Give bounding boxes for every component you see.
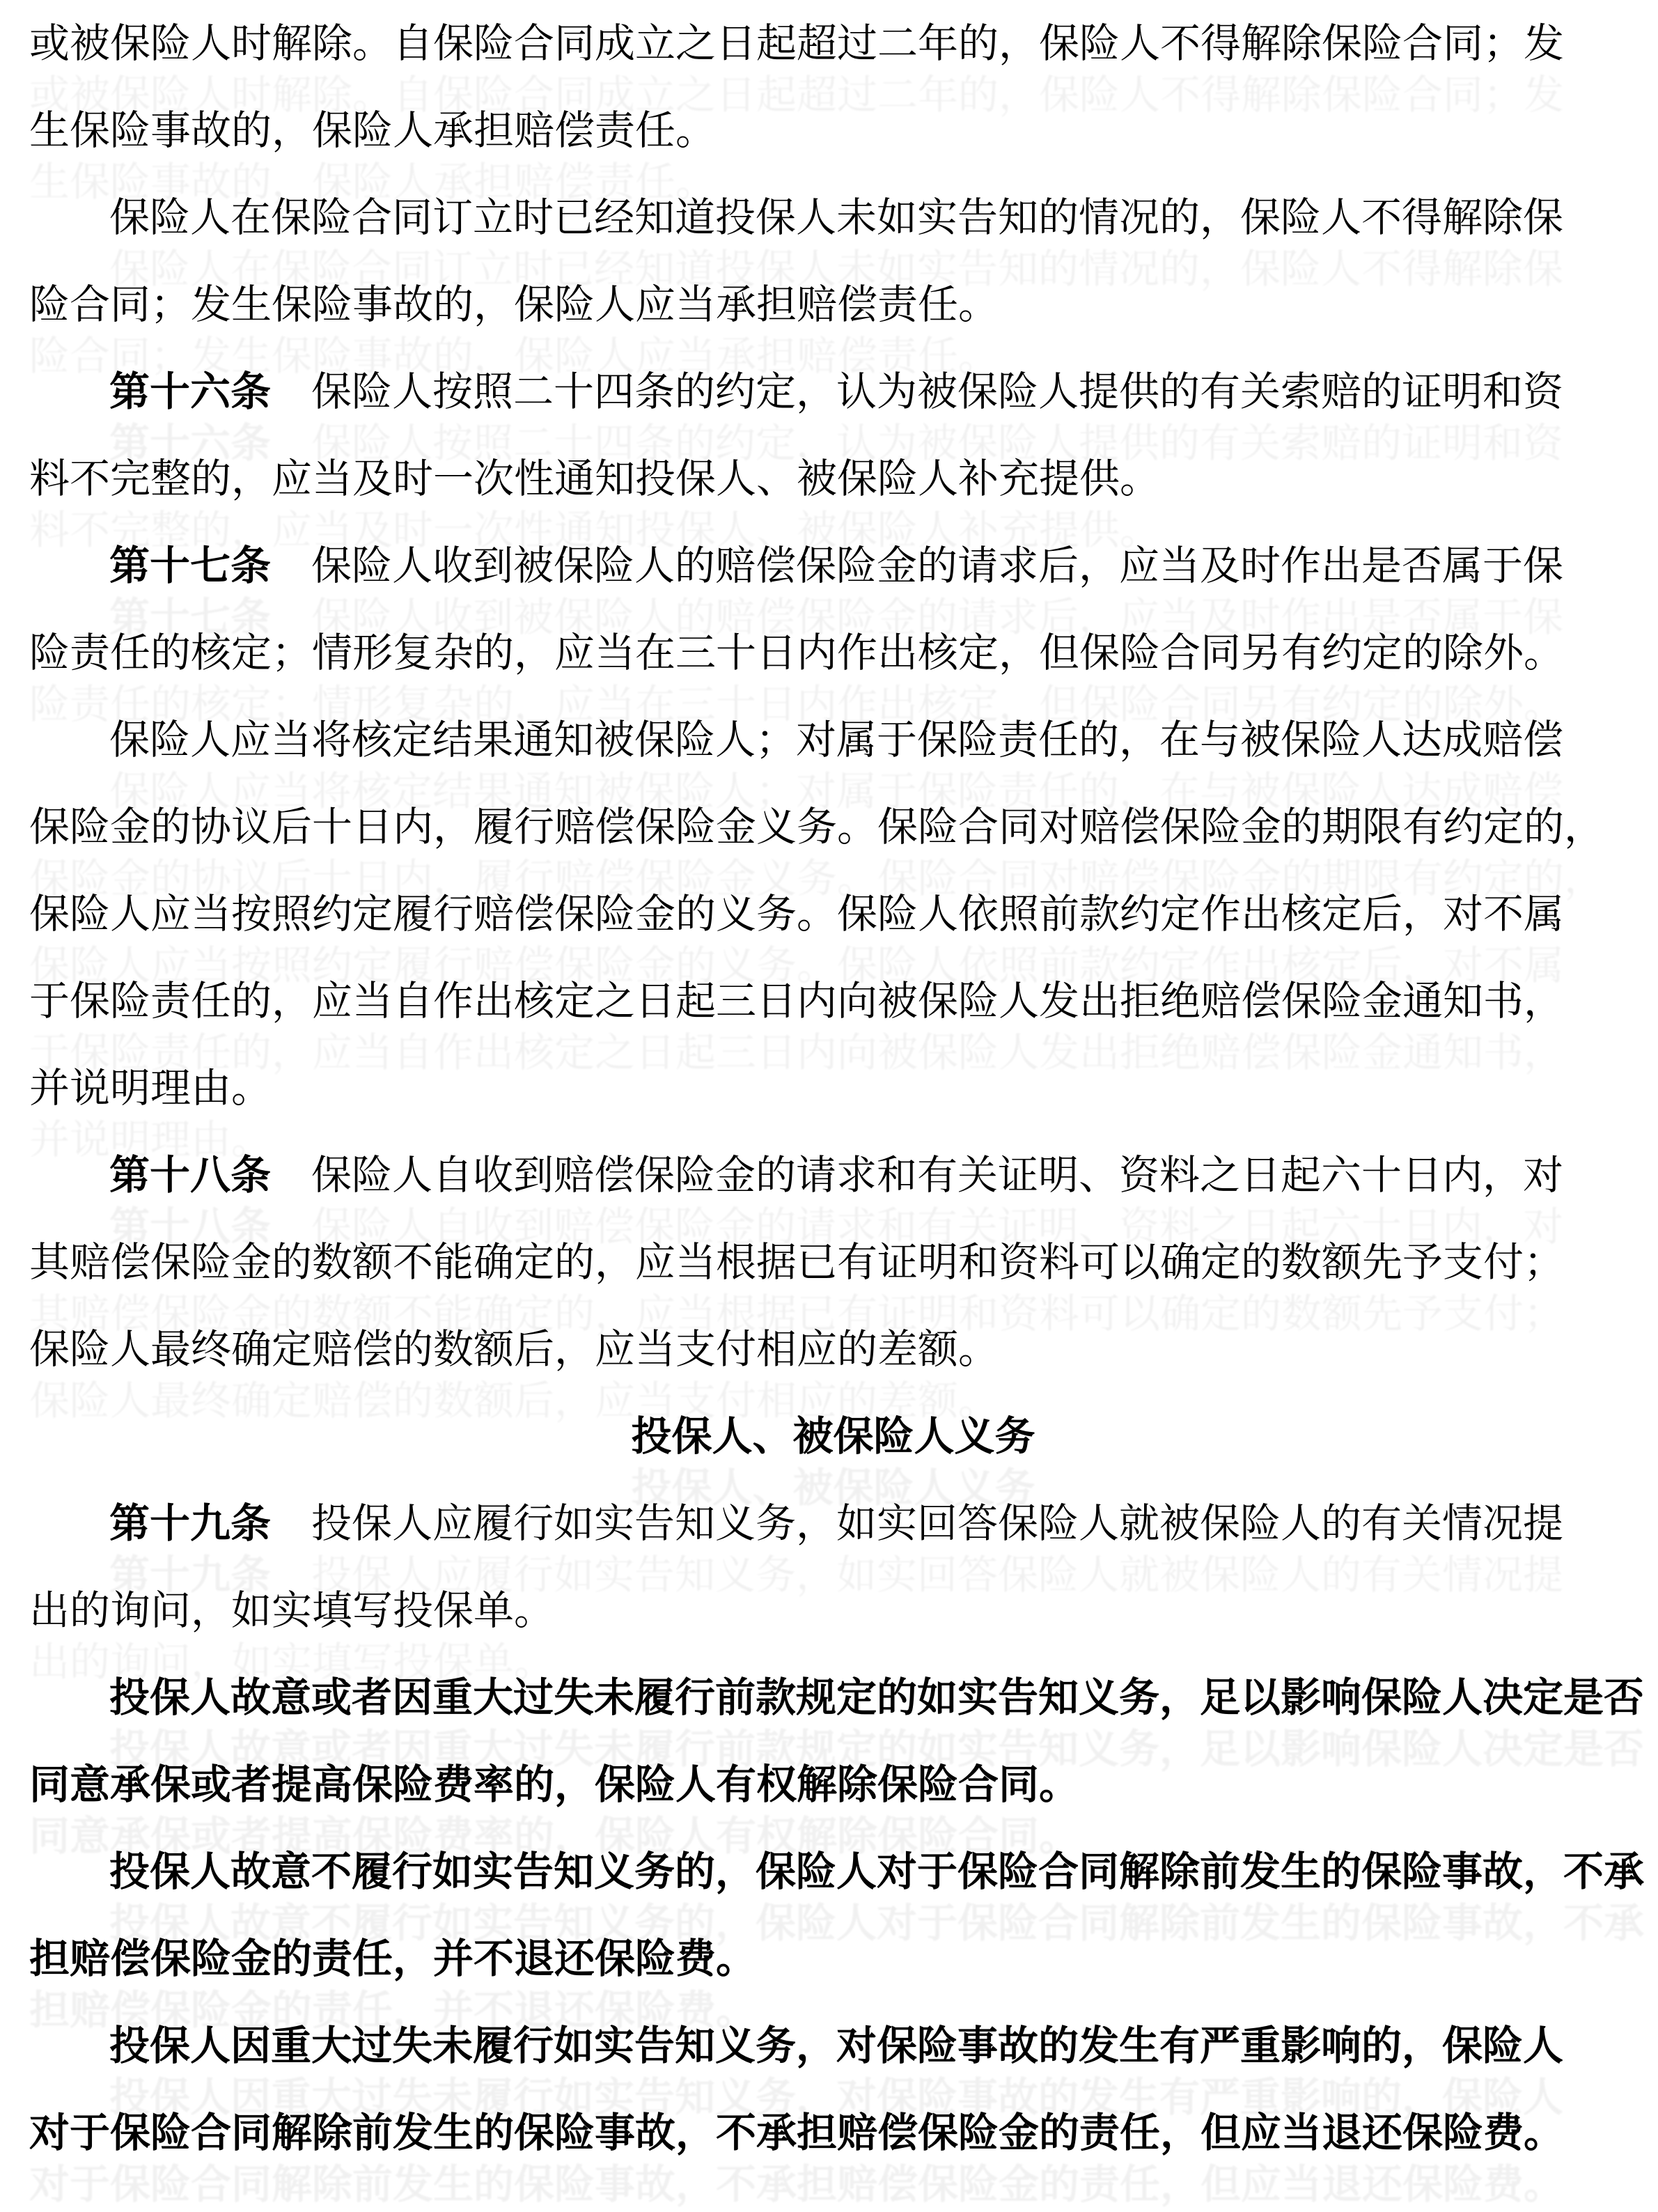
text-run: 其赔偿保险金的数额不能确定的，应当根据已有证明和资料可以确定的数额先予支付； — [29, 1240, 1564, 1285]
text-run: 于保险责任的，应当自作出核定之日起三日内向被保险人发出拒绝赔偿保险金通知书， — [29, 979, 1564, 1024]
text-line: 第十九条 投保人应履行如实告知义务，如实回答保险人就被保险人的有关情况提 — [29, 1480, 1637, 1567]
text-line: 险责任的核定；情形复杂的，应当在三十日内作出核定，但保险合同另有约定的除外。 — [29, 609, 1637, 696]
text-run: 或被保险人时解除。自保险合同成立之日起超过二年的，保险人不得解除保险合同；发 — [29, 21, 1564, 66]
section-heading-text: 投保人、被保险人义务 — [631, 1414, 1035, 1459]
text-run: 对于保险合同解除前发生的保险事故，不承担赔偿保险金的责任，但应当退还保险费。 — [29, 2110, 1564, 2156]
text-line: 生保险事故的，保险人承担赔偿责任。 — [29, 87, 1637, 174]
text-run: 同意承保或者提高保险费率的，保险人有权解除保险合同。 — [29, 1762, 1079, 1807]
text-run: 投保人因重大过失未履行如实告知义务，对保险事故的发生有严重影响的，保险人 — [109, 2023, 1563, 2069]
text-line: 第十八条 保险人自收到赔偿保险金的请求和有关证明、资料之日起六十日内，对 — [29, 1132, 1637, 1219]
text-run: 投保人应履行如实告知义务，如实回答保险人就被保险人的有关情况提 — [271, 1501, 1563, 1546]
text-line: 保险人应当按照约定履行赔偿保险金的义务。保险人依照前款约定作出核定后，对不属 — [29, 871, 1637, 958]
text-line: 并说明理由。 — [29, 1045, 1637, 1132]
document-page: 或被保险人时解除。自保险合同成立之日起超过二年的，保险人不得解除保险合同；发生保… — [0, 0, 1658, 2212]
text-run: 保险人收到被保险人的赔偿保险金的请求后，应当及时作出是否属于保 — [271, 543, 1563, 589]
text-run: 保险人最终确定赔偿的数额后，应当支付相应的差额。 — [29, 1327, 999, 1372]
text-run: 保险人应当按照约定履行赔偿保险金的义务。保险人依照前款约定作出核定后，对不属 — [29, 891, 1564, 937]
text-run: 险合同；发生保险事故的，保险人应当承担赔偿责任。 — [29, 282, 999, 327]
text-run: 保险人按照二十四条的约定，认为被保险人提供的有关索赔的证明和资 — [271, 369, 1563, 414]
text-block: 或被保险人时解除。自保险合同成立之日起超过二年的，保险人不得解除保险合同；发生保… — [29, 0, 1637, 2176]
article-number: 第十六条 — [109, 369, 271, 414]
text-line: 对于保险合同解除前发生的保险事故，不承担赔偿保险金的责任，但应当退还保险费。 — [29, 2089, 1637, 2176]
text-run: 保险金的协议后十日内，履行赔偿保险金义务。保险合同对赔偿保险金的期限有约定的， — [29, 804, 1604, 850]
text-line: 保险人最终确定赔偿的数额后，应当支付相应的差额。 — [29, 1306, 1637, 1393]
text-line: 保险金的协议后十日内，履行赔偿保险金义务。保险合同对赔偿保险金的期限有约定的， — [29, 784, 1637, 871]
text-run: 生保险事故的，保险人承担赔偿责任。 — [29, 108, 716, 153]
text-line: 于保险责任的，应当自作出核定之日起三日内向被保险人发出拒绝赔偿保险金通知书， — [29, 958, 1637, 1045]
article-number: 第十七条 — [109, 543, 271, 589]
text-run: 担赔偿保险金的责任，并不退还保险费。 — [29, 1936, 756, 1981]
section-heading: 投保人、被保险人义务 — [29, 1393, 1637, 1480]
text-run: 保险人应当将核定结果通知被保险人；对属于保险责任的，在与被保险人达成赔偿 — [109, 717, 1563, 763]
text-line: 出的询问，如实填写投保单。 — [29, 1567, 1637, 1654]
article-number: 第十八条 — [109, 1153, 271, 1198]
text-line: 投保人故意不履行如实告知义务的，保险人对于保险合同解除前发生的保险事故，不承 — [29, 1828, 1637, 1915]
text-line: 同意承保或者提高保险费率的，保险人有权解除保险合同。 — [29, 1741, 1637, 1828]
text-line: 担赔偿保险金的责任，并不退还保险费。 — [29, 1915, 1637, 2002]
text-line: 险合同；发生保险事故的，保险人应当承担赔偿责任。 — [29, 261, 1637, 348]
text-line: 料不完整的，应当及时一次性通知投保人、被保险人补充提供。 — [29, 435, 1637, 522]
text-line: 其赔偿保险金的数额不能确定的，应当根据已有证明和资料可以确定的数额先予支付； — [29, 1219, 1637, 1306]
text-line: 第十七条 保险人收到被保险人的赔偿保险金的请求后，应当及时作出是否属于保 — [29, 522, 1637, 609]
text-run: 保险人自收到赔偿保险金的请求和有关证明、资料之日起六十日内，对 — [271, 1153, 1563, 1198]
document-body: { "page": { "background_color": "#ffffff… — [0, 0, 1658, 2212]
text-run: 并说明理由。 — [29, 1066, 272, 1111]
article-number: 第十九条 — [109, 1501, 271, 1546]
text-run: 料不完整的，应当及时一次性通知投保人、被保险人补充提供。 — [29, 456, 1160, 501]
text-line: 保险人应当将核定结果通知被保险人；对属于保险责任的，在与被保险人达成赔偿 — [29, 696, 1637, 784]
text-run: 投保人故意不履行如实告知义务的，保险人对于保险合同解除前发生的保险事故，不承 — [109, 1849, 1644, 1894]
text-run: 保险人在保险合同订立时已经知道投保人未如实告知的情况的，保险人不得解除保 — [109, 195, 1563, 240]
text-run: 险责任的核定；情形复杂的，应当在三十日内作出核定，但保险合同另有约定的除外。 — [29, 630, 1564, 676]
text-run: 投保人故意或者因重大过失未履行前款规定的如实告知义务，足以影响保险人决定是否 — [109, 1675, 1644, 1720]
text-line: 投保人故意或者因重大过失未履行前款规定的如实告知义务，足以影响保险人决定是否 — [29, 1654, 1637, 1741]
text-line: 保险人在保险合同订立时已经知道投保人未如实告知的情况的，保险人不得解除保 — [29, 174, 1637, 261]
text-run: 出的询问，如实填写投保单。 — [29, 1588, 554, 1633]
text-line: 第十六条 保险人按照二十四条的约定，认为被保险人提供的有关索赔的证明和资 — [29, 348, 1637, 435]
text-line: 或被保险人时解除。自保险合同成立之日起超过二年的，保险人不得解除保险合同；发 — [29, 0, 1637, 87]
text-line: 投保人因重大过失未履行如实告知义务，对保险事故的发生有严重影响的，保险人 — [29, 2002, 1637, 2089]
